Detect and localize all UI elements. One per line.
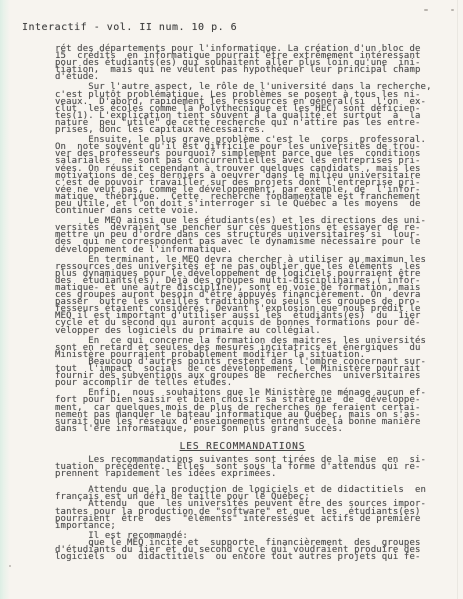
body-paragraph: Le MEQ ainsi que les étudiants(es) et le… <box>55 218 430 253</box>
document-body: rét des départements pour l'informatique… <box>55 46 430 564</box>
body-paragraph: En ce qui concerne la formation des mait… <box>55 338 430 388</box>
scan-speck <box>424 9 428 11</box>
scanned-page: Interactif - vol. II num. 10 p. 6 rét de… <box>0 0 463 599</box>
body-paragraph: rét des départements pour l'informatique… <box>55 46 430 81</box>
body-paragraph: En terminant, le MEQ devra chercher à ut… <box>55 257 430 335</box>
body-paragraph: Il est recommandé: que le MEQ incite et … <box>55 533 430 561</box>
section-heading: LES RECOMMANDATIONS <box>55 443 430 450</box>
body-paragraph: Enfin, nous souhaitons que le Ministère … <box>55 390 430 433</box>
page-header: Interactif - vol. II num. 10 p. 6 <box>22 22 237 33</box>
right-edge-shadow <box>457 0 458 599</box>
body-paragraph: Ensuite, le plus grave problème c'est le… <box>55 137 430 215</box>
scan-speck <box>451 9 454 11</box>
scan-speck <box>9 565 11 567</box>
body-paragraph: Sur l'autre aspect, le rôle de l'univers… <box>55 84 430 134</box>
body-paragraph: Les recommandations suivantes sont tirée… <box>55 457 430 478</box>
left-edge-tint <box>0 0 10 599</box>
body-paragraph: Attendu que la production de logiciels e… <box>55 487 430 530</box>
